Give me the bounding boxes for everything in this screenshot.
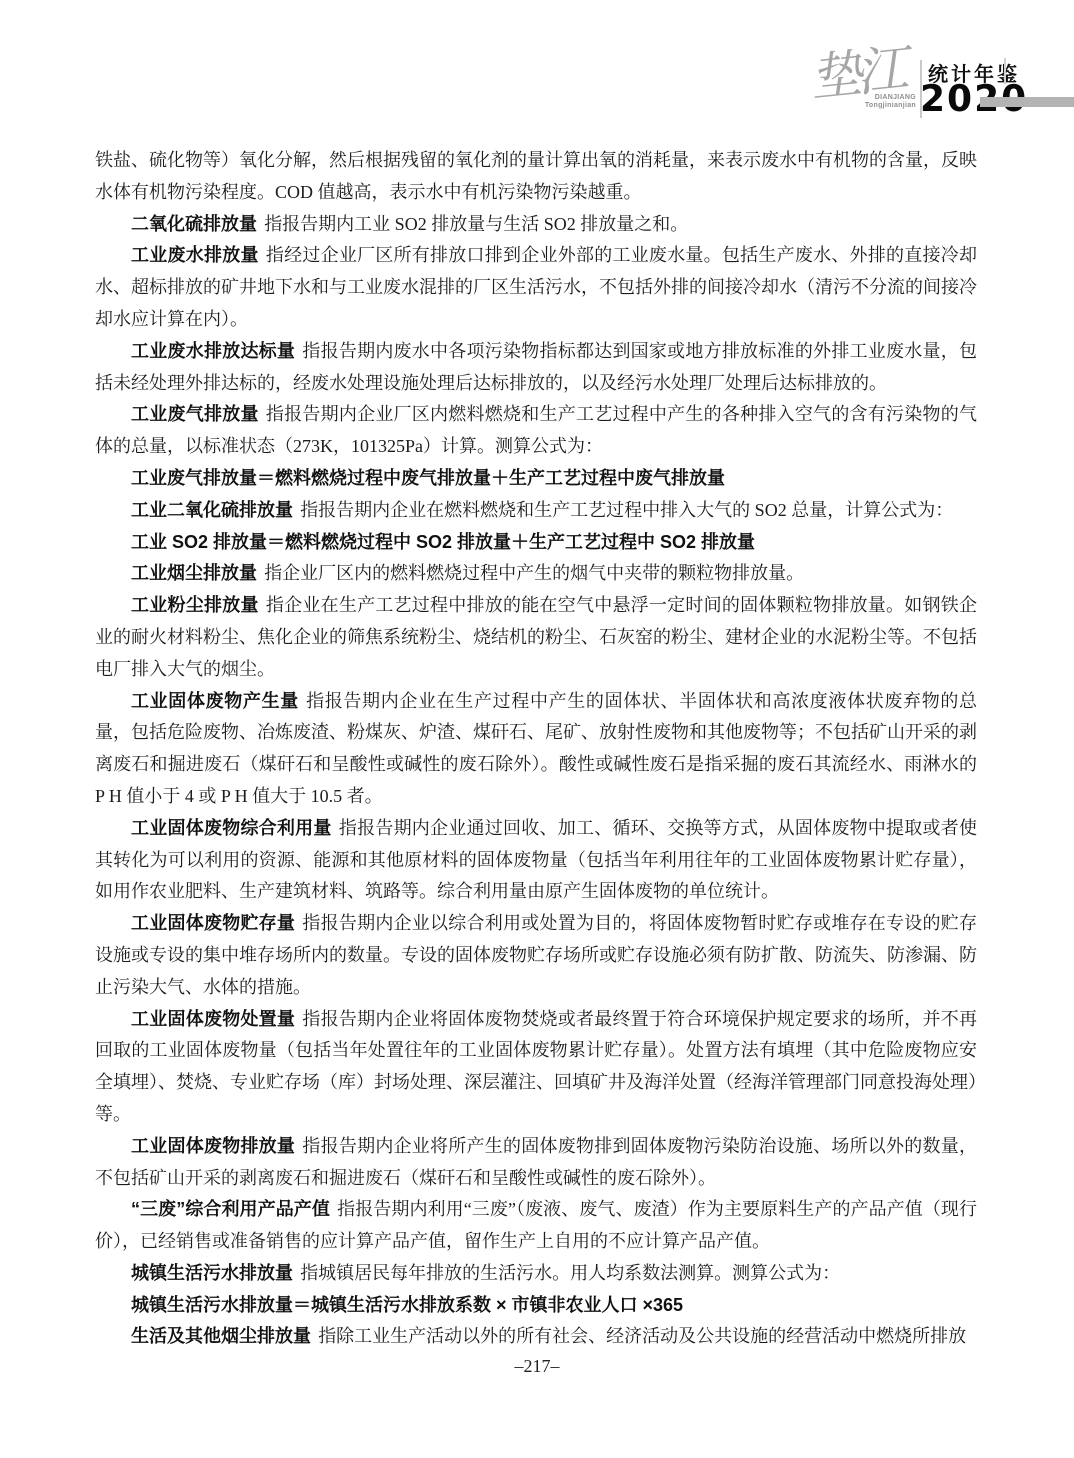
paragraph-text: 指城镇居民每年排放的生活污水。用人均系数法测算。测算公式为： [300,1263,840,1283]
paragraph-text: 指报告期内企业在燃料燃烧和生产工艺过程中排入大气的 SO2 总量，计算公式为： [300,500,953,520]
definition-paragraph: 工业粉尘排放量指企业在生产工艺过程中排放的能在空气中悬浮一定时间的固体颗粒物排放… [95,590,977,685]
definition-paragraph: 工业废水排放量指经过企业厂区所有排放口排到企业外部的工业废水量。包括生产废水、外… [95,240,977,335]
term-label: 工业粉尘排放量 [131,595,259,615]
header-accent-bar [980,97,1074,107]
term-label: 城镇生活污水排放量 [131,1263,293,1283]
paragraph-text: 铁盐、硫化物等）氧化分解，然后根据残留的氧化剂的量计算出氧的消耗量，来表示废水中… [95,150,977,202]
brand-pinyin: DIANJIANG Tongjinianjian [844,94,916,110]
term-label: 工业废水排放达标量 [131,341,295,361]
definition-paragraph: 工业固体废物综合利用量指报告期内企业通过回收、加工、循环、交换等方式，从固体废物… [95,813,977,908]
definition-paragraph: 工业废气排放量指报告期内企业厂区内燃料燃烧和生产工艺过程中产生的各种排入空气的含… [95,399,977,463]
definitions-text-block: 铁盐、硫化物等）氧化分解，然后根据残留的氧化剂的量计算出氧的消耗量，来表示废水中… [95,145,977,1353]
definition-paragraph: 城镇生活污水排放量指城镇居民每年排放的生活污水。用人均系数法测算。测算公式为： [95,1258,977,1290]
brand-pinyin-line2: Tongjinianjian [844,102,916,110]
definition-paragraph: 工业固体废物产生量指报告期内企业在生产过程中产生的固体状、半固体状和高浓度液体状… [95,686,977,813]
definition-paragraph: 工业固体废物处置量指报告期内企业将固体废物焚烧或者最终置于符合环境保护规定要求的… [95,1004,977,1131]
term-label: 工业固体废物处置量 [131,1009,295,1029]
formula-line: 工业 SO2 排放量＝燃料燃烧过程中 SO2 排放量＋生产工艺过程中 SO2 排… [95,527,977,559]
term-label: 工业废气排放量 [131,404,259,424]
formula-line: 工业废气排放量＝燃料燃烧过程中废气排放量＋生产工艺过程中废气排放量 [95,463,977,495]
term-label: 工业固体废物产生量 [131,691,299,711]
paragraph-text: 指企业厂区内的燃料燃烧过程中产生的烟气中夹带的颗粒物排放量。 [264,563,804,583]
page-number: –217– [0,1356,1074,1377]
definition-paragraph: “三废”综合利用产品产值指报告期内利用“三废”（废液、废气、废渣）作为主要原料生… [95,1194,977,1258]
term-label: 工业固体废物排放量 [131,1136,295,1156]
term-label: 工业废水排放量 [131,245,259,265]
paragraph-text: 指除工业生产活动以外的所有社会、经济活动及公共设施的经营活动中燃烧所排放 [318,1326,966,1346]
formula-line: 城镇生活污水排放量＝城镇生活污水排放系数 × 市镇非农业人口 ×365 [95,1290,977,1322]
term-label: 生活及其他烟尘排放量 [131,1326,311,1346]
yearbook-logo: 垫江 DIANJIANG Tongjinianjian 统计年鉴 2020 [808,52,1074,122]
formula-text: 城镇生活污水排放量＝城镇生活污水排放系数 × 市镇非农业人口 ×365 [131,1295,683,1315]
definition-paragraph: 工业烟尘排放量指企业厂区内的燃料燃烧过程中产生的烟气中夹带的颗粒物排放量。 [95,558,977,590]
continuation-paragraph: 铁盐、硫化物等）氧化分解，然后根据残留的氧化剂的量计算出氧的消耗量，来表示废水中… [95,145,977,209]
brand-pinyin-line1: DIANJIANG [844,94,916,102]
term-label: 工业二氧化硫排放量 [131,500,293,520]
definition-paragraph: 工业固体废物排放量指报告期内企业将所产生的固体废物排到固体废物污染防治设施、场所… [95,1131,977,1195]
formula-text: 工业 SO2 排放量＝燃料燃烧过程中 SO2 排放量＋生产工艺过程中 SO2 排… [131,532,755,552]
definition-paragraph: 工业固体废物贮存量指报告期内企业以综合利用或处置为目的，将固体废物暂时贮存或堆存… [95,908,977,1003]
definition-paragraph: 二氧化硫排放量指报告期内工业 SO2 排放量与生活 SO2 排放量之和。 [95,209,977,241]
definition-paragraph: 工业二氧化硫排放量指报告期内企业在燃料燃烧和生产工艺过程中排入大气的 SO2 总… [95,495,977,527]
term-label: “三废”综合利用产品产值 [131,1199,330,1219]
formula-text: 工业废气排放量＝燃料燃烧过程中废气排放量＋生产工艺过程中废气排放量 [131,468,725,488]
term-label: 二氧化硫排放量 [131,214,257,234]
definition-paragraph: 工业废水排放达标量指报告期内废水中各项污染物指标都达到国家或地方排放标准的外排工… [95,336,977,400]
term-label: 工业固体废物贮存量 [131,913,295,933]
term-label: 工业烟尘排放量 [131,563,257,583]
term-label: 工业固体废物综合利用量 [131,818,332,838]
yearbook-page: 垫江 DIANJIANG Tongjinianjian 统计年鉴 2020 铁盐… [0,0,1074,1458]
paragraph-text: 指报告期内工业 SO2 排放量与生活 SO2 排放量之和。 [264,214,688,234]
definition-paragraph: 生活及其他烟尘排放量指除工业生产活动以外的所有社会、经济活动及公共设施的经营活动… [95,1321,977,1353]
